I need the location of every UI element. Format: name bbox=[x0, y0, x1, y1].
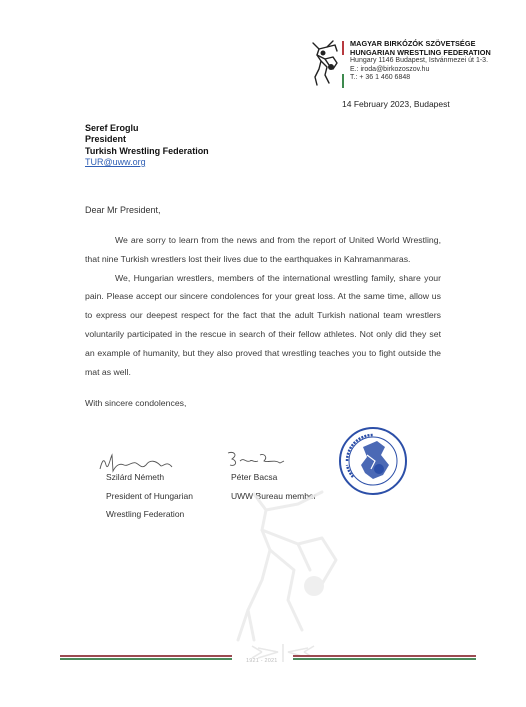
closing-line: With sincere condolences, bbox=[85, 398, 186, 408]
letter-body: We are sorry to learn from the news and … bbox=[85, 231, 441, 381]
signatory-name: Szilárd Németh bbox=[106, 468, 193, 487]
salutation: Dear Mr President, bbox=[85, 205, 161, 215]
letterhead-green-bar bbox=[342, 74, 344, 88]
recipient-name: Seref Eroglu bbox=[85, 123, 209, 134]
signatory-role: President of Hungarian bbox=[106, 487, 193, 506]
org-email: E.: iroda@birkozoszov.hu bbox=[350, 66, 491, 75]
footer-tricolor-line-right bbox=[293, 655, 476, 660]
date-line: 14 February 2023, Budapest bbox=[342, 99, 450, 109]
org-name-en: HUNGARIAN WRESTLING FEDERATION bbox=[350, 49, 491, 58]
signatory-name: Péter Bacsa bbox=[231, 468, 317, 487]
letterhead-text: MAGYAR BIRKÓZÓK SZÖVETSÉGE HUNGARIAN WRE… bbox=[350, 40, 491, 83]
signatory-nemeth: Szilárd Németh President of Hungarian Wr… bbox=[106, 468, 193, 524]
org-address: Hungary 1146 Budapest, Istvánmezei út 1-… bbox=[350, 57, 491, 66]
org-phone: T.: + 36 1 460 6848 bbox=[350, 74, 491, 83]
wrestlers-watermark-icon bbox=[218, 490, 348, 665]
wrestlers-logo-icon bbox=[307, 39, 341, 87]
letterhead-red-bar bbox=[342, 41, 344, 55]
footer-years: 1921 - 2021 bbox=[246, 658, 278, 664]
recipient-organization: Turkish Wrestling Federation bbox=[85, 146, 209, 157]
recipient-title: President bbox=[85, 134, 209, 145]
letter-page: MAGYAR BIRKÓZÓK SZÖVETSÉGE HUNGARIAN WRE… bbox=[0, 0, 526, 707]
body-paragraph: We are sorry to learn from the news and … bbox=[85, 231, 441, 269]
recipient-block: Seref Eroglu President Turkish Wrestling… bbox=[85, 123, 209, 168]
body-paragraph: We, Hungarian wrestlers, members of the … bbox=[85, 269, 441, 382]
footer-tricolor-line-left bbox=[60, 655, 232, 660]
federation-seal-icon bbox=[337, 425, 409, 497]
signatory-role: Wrestling Federation bbox=[106, 505, 193, 524]
recipient-email-link[interactable]: TUR@uww.org bbox=[85, 157, 146, 167]
